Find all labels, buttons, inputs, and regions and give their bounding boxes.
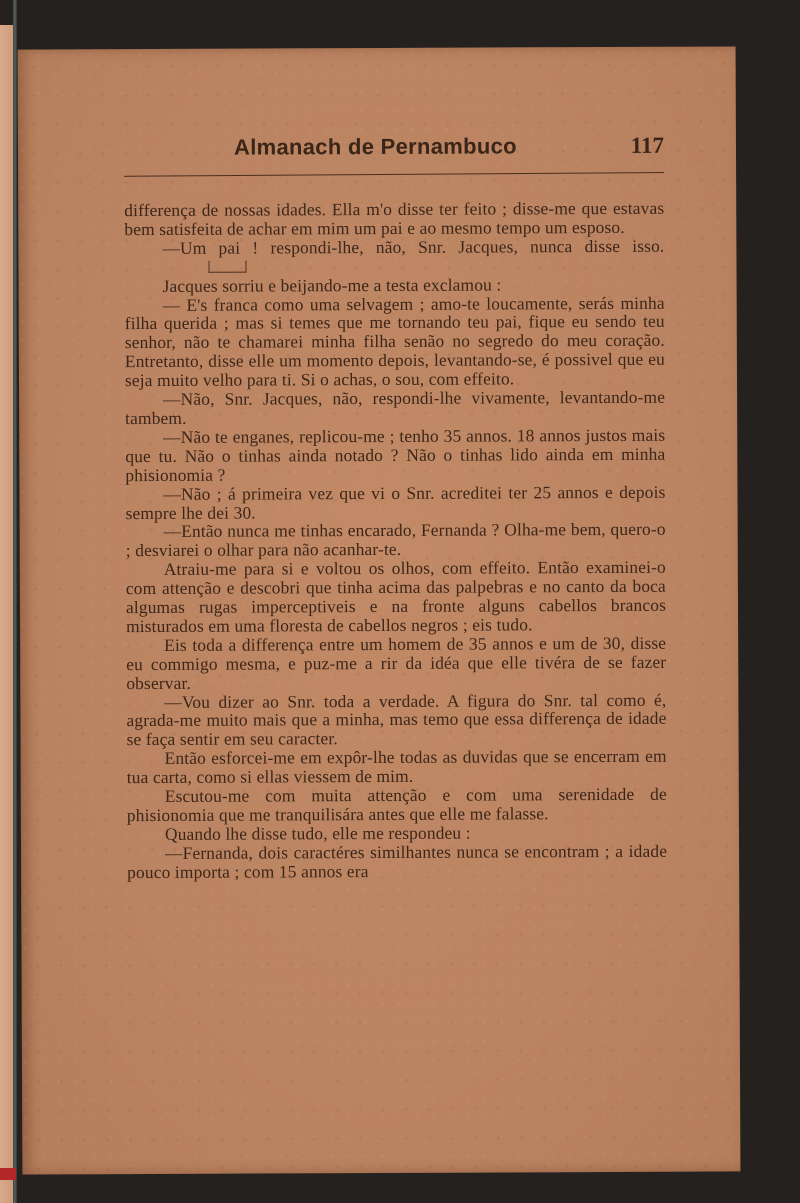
book-spine <box>13 0 17 1203</box>
paragraph: Então esforcei-me em expôr-lhe todas as … <box>127 747 667 787</box>
adjacent-page-edge <box>0 25 13 1203</box>
book-page: Almanach de Pernambuco 117 differença de… <box>18 46 741 1174</box>
paragraph: Atraiu-me para si e voltou os olhos, com… <box>126 558 666 636</box>
page-number: 117 <box>631 133 664 159</box>
paragraph: —Não ; á primeira vez que vi o Snr. acre… <box>125 482 665 522</box>
page-header: Almanach de Pernambuco 117 <box>124 133 664 175</box>
paragraph: Eis toda a differença entre um homem de … <box>126 634 666 693</box>
paragraph: — E's franca como uma selvagem ; amo-te … <box>125 293 665 390</box>
body-text: differença de nossas idades. Ella m'o di… <box>124 199 667 882</box>
paragraph: —Vou dizer ao Snr. toda a verdade. A fig… <box>126 690 666 749</box>
paragraph: —Então nunca me tinhas encarado, Fernand… <box>126 520 666 560</box>
printed-blank-box <box>208 260 246 272</box>
paragraph: Escutou-me com muita attenção e com uma … <box>127 785 667 825</box>
running-title: Almanach de Pernambuco <box>234 133 517 160</box>
paragraph: —Um pai ! respondi-lhe, não, Snr. Jacque… <box>124 237 664 277</box>
paragraph: differença de nossas idades. Ella m'o di… <box>124 199 664 239</box>
paragraph: —Não te enganes, replicou-me ; tenho 35 … <box>125 426 665 485</box>
spine-red-mark <box>0 1168 16 1180</box>
paragraph: —Não, Snr. Jacques, não, respondi-lhe vi… <box>125 388 665 428</box>
paragraph: —Fernanda, dois caractéres similhantes n… <box>127 842 667 882</box>
